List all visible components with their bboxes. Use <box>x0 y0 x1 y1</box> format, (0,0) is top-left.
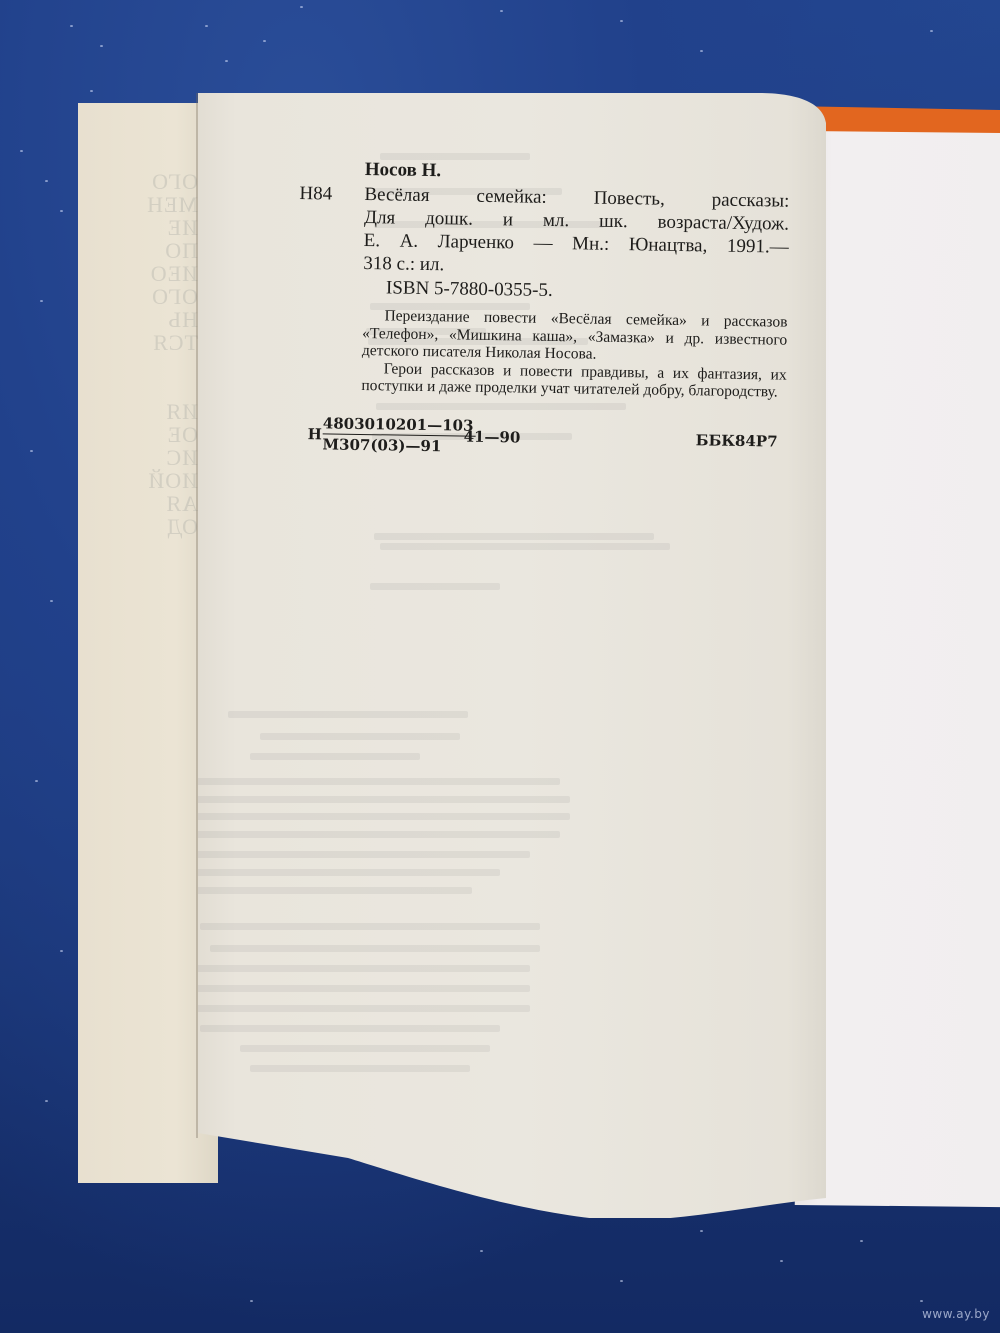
bibliographic-entry: Н84 Весёлая семейка: Повесть, рассказы: … <box>298 182 789 282</box>
shelf-mark: Н84 <box>298 182 364 275</box>
annotation: Переиздание повести «Весёлая семейка» и … <box>361 307 787 401</box>
catalog-card: Носов Н. Н84 Весёлая семейка: Повесть, р… <box>295 158 790 471</box>
code-fraction: 4803010201—103 М307(03)—91 <box>322 414 475 455</box>
isbn: ISBN 5-7880-0355-5. <box>386 277 788 305</box>
page-edge-shadow <box>196 93 198 1138</box>
annotation-paragraph: Герои рассказов и повести правдивы, а их… <box>361 359 786 401</box>
code-prefix: Н <box>308 425 322 443</box>
code-series: 41—90 <box>464 427 521 446</box>
annotation-paragraph: Переиздание повести «Весёлая семейка» и … <box>362 307 788 366</box>
code-denominator: М307(03)—91 <box>322 434 475 455</box>
classification-codes: Н 4803010201—103 М307(03)—91 41—90 ББК84… <box>295 413 786 471</box>
bbk-index: ББК84Р7 <box>696 431 778 450</box>
show-through-text-left: ОГО МЕН ИЕ ПО ИЕО ОГО НЬ ТСЯ ИЯ ОЕ ИС ИО… <box>118 170 198 538</box>
watermark: www.ay.by <box>922 1307 990 1321</box>
bibliographic-description: Весёлая семейка: Повесть, рассказы: Для … <box>363 183 789 282</box>
code-numerator: 4803010201—103 <box>323 414 476 436</box>
